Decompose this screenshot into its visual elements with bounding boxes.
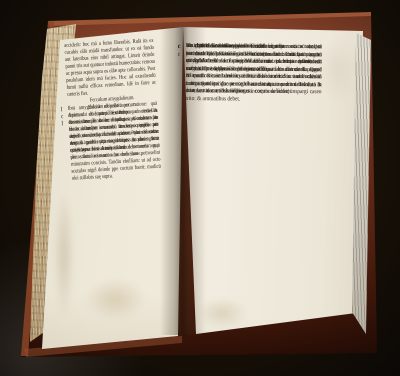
page-stain xyxy=(318,38,358,102)
paragraph: cVcurbitā: quā carabazū castellonicum uo… xyxy=(186,50,322,51)
margin-guide-letter: I xyxy=(61,120,63,127)
right-page-text: uisuscolesī aut aromata minime indes.Ius… xyxy=(186,43,322,52)
paragraph-continuation: acciderit: hoc mō a fumo liberabis. Rulā… xyxy=(64,38,157,99)
paragraph-text: Vcurbitā: quā carabazū castellonicum uoc… xyxy=(186,50,322,96)
paragraph: cVcurbitā dixi: & si expressā ne inste a… xyxy=(186,43,322,44)
paragraph-text: Ibram cicerum & ex amplius aqua ablata: … xyxy=(68,115,161,183)
margin-guide-letter: c xyxy=(178,43,181,51)
page-stain xyxy=(84,278,146,320)
page-stain xyxy=(54,190,74,320)
left-page-text: acciderit: hoc mō a fumo liberabis. Rulā… xyxy=(64,38,158,120)
margin-guide-letter: c xyxy=(178,50,181,58)
page-stain xyxy=(196,298,248,328)
photo-open-book: acciderit: hoc mō a fumo liberabis. Rulā… xyxy=(0,0,400,376)
